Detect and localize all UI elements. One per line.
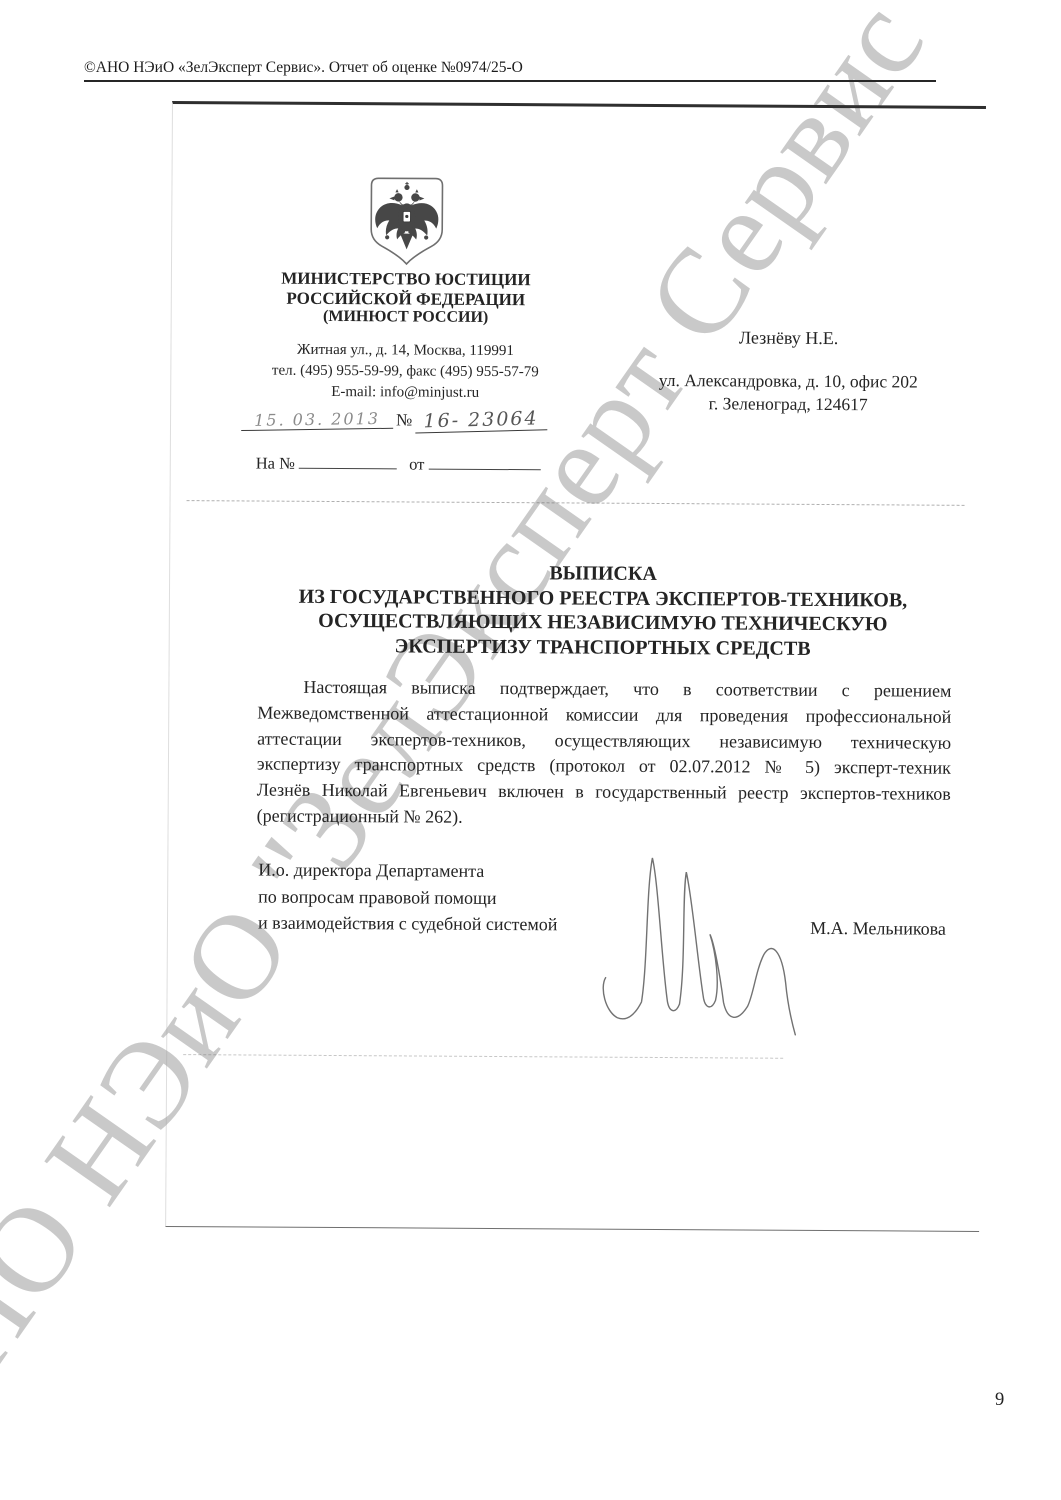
number-sign: №	[396, 410, 412, 429]
blank-date-line	[428, 455, 540, 471]
signer-position-line2: по вопросам правовой помощи	[258, 883, 558, 911]
report-header-rule: ©АНО НЭиО «ЗелЭксперт Сервис». Отчет об …	[84, 58, 936, 82]
title-line: ОСУЩЕСТВЛЯЮЩИХ НЕЗАВИСИМУЮ ТЕХНИЧЕСКУЮ	[258, 609, 948, 638]
ministry-address: Житная ул., д. 14, Москва, 119991	[245, 339, 565, 362]
outgoing-number-line: 15. 03. 2013№16- 23064	[241, 407, 741, 433]
signer-name: М.А. Мельникова	[810, 917, 946, 940]
page-number: 9	[995, 1390, 1004, 1411]
scan-artifact-line	[187, 500, 965, 506]
reply-label-ot: от	[409, 454, 424, 473]
handwritten-date: 15. 03. 2013	[241, 409, 393, 431]
scan-artifact-line	[183, 1054, 783, 1059]
document-title: ВЫПИСКА ИЗ ГОСУДАРСТВЕННОГО РЕЕСТРА ЭКСП…	[258, 560, 949, 662]
recipient-address1: ул. Александровка, д. 10, офис 202	[623, 369, 953, 394]
body-line: Межведомственной аттестационной комиссии…	[257, 700, 951, 730]
signer-position: И.о. директора Департамента по вопросам …	[258, 857, 558, 938]
scanned-letter-sheet: МИНИСТЕРСТВО ЮСТИЦИИ РОССИЙСКОЙ ФЕДЕРАЦИ…	[165, 101, 986, 1232]
body-line: (регистрационный № 262).	[257, 804, 951, 834]
ministry-email: E-mail: info@minjust.ru	[245, 381, 565, 404]
signer-position-line1: И.о. директора Департамента	[258, 857, 558, 885]
handwritten-signature	[597, 842, 803, 1043]
signer-position-line3: и взаимодействия с судебной системой	[258, 910, 558, 938]
body-line: Настоящая выписка подтверждает, что в со…	[257, 675, 951, 705]
ministry-phone: тел. (495) 955-59-99, факс (495) 955-57-…	[245, 360, 565, 383]
reply-reference-line: На № от	[256, 454, 756, 477]
recipient-block: Лезнёву Н.Е. ул. Александровка, д. 10, о…	[623, 327, 954, 417]
body-paragraph: Настоящая выписка подтверждает, что в со…	[257, 675, 952, 834]
ministry-name-line3: (МИНЮСТ РОССИИ)	[246, 307, 566, 327]
report-header-text: ©АНО НЭиО «ЗелЭксперт Сервис». Отчет об …	[84, 59, 523, 76]
recipient-name: Лезнёву Н.Е.	[624, 327, 954, 350]
title-line: ЭКСПЕРТИЗУ ТРАНСПОРТНЫХ СРЕДСТВ	[258, 633, 948, 662]
report-page: АНО НЭиО "ЗелЭксперт Сервис" ©АНО НЭиО «…	[0, 0, 1061, 1500]
blank-number-line	[299, 454, 397, 470]
reply-label-na: На №	[256, 454, 295, 473]
coat-of-arms-icon	[367, 175, 447, 267]
ministry-name-line2: РОССИЙСКОЙ ФЕДЕРАЦИИ	[246, 288, 566, 309]
ministry-name-line1: МИНИСТЕРСТВО ЮСТИЦИИ	[246, 268, 566, 289]
letterhead-block: МИНИСТЕРСТВО ЮСТИЦИИ РОССИЙСКОЙ ФЕДЕРАЦИ…	[245, 268, 566, 404]
handwritten-number: 16- 23064	[415, 407, 548, 433]
